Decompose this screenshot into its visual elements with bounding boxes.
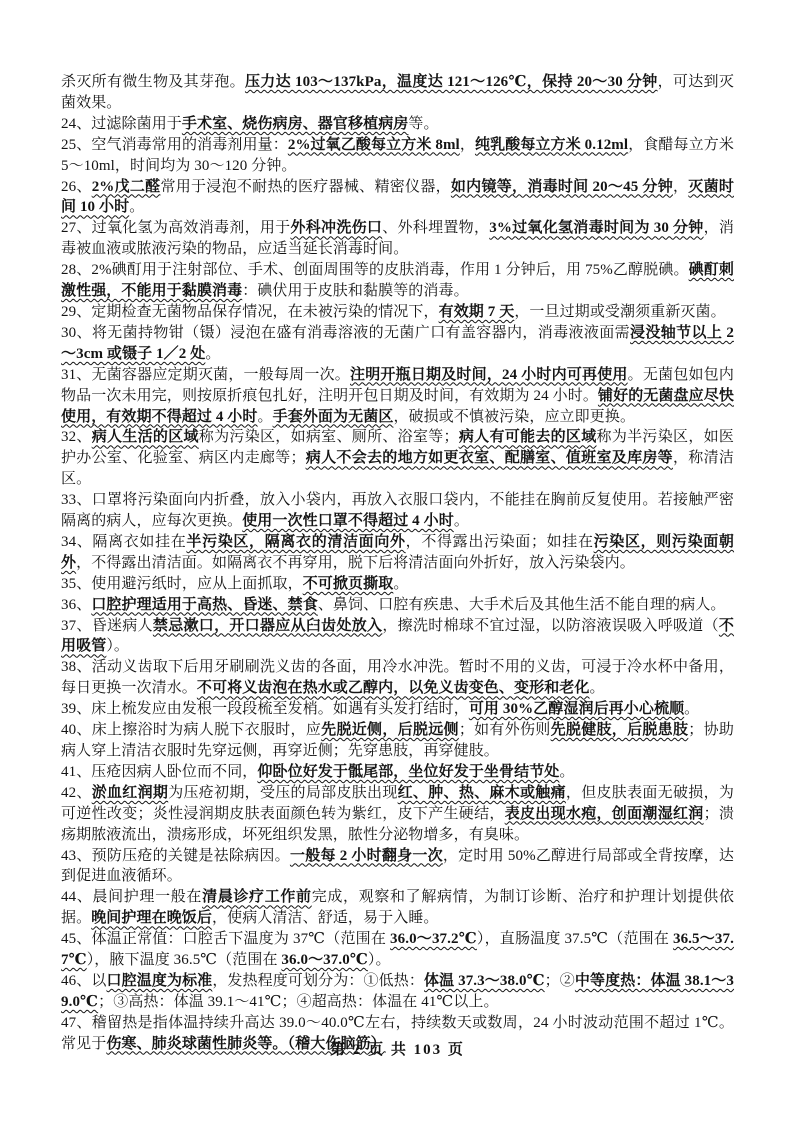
body-text: ，不得露出清洁面。如隔离衣不再穿用，脱下后将清洁面向外折好，放入污染袋内。: [76, 555, 635, 571]
study-note-item: 28、2%碘酊用于注射部位、手术、创面周围等的皮肤消毒，作用 1 分钟后，用 7…: [61, 260, 734, 302]
body-text: 。: [590, 680, 605, 696]
emphasized-text: 一般每 2 小时翻身一次: [290, 848, 443, 864]
body-text: ；③高热：体温 39.1～41℃；④超高热：体温在 41℃以上。: [98, 994, 499, 1010]
study-note-item: 44、晨间护理一般在清晨诊疗工作前完成，观察和了解病情，为制订诊断、治疗和护理计…: [61, 887, 734, 929]
study-note-item: 26、2%戊二醛常用于浸泡不耐热的医疗器械、精密仪器，如内镜等，消毒时间 20～…: [61, 177, 734, 219]
body-text: 。: [393, 576, 408, 592]
body-text: 。: [454, 513, 469, 529]
body-text: 、鼻饲、口腔有疾患、大手术后及其他生活不能自理的病人。: [318, 597, 726, 613]
body-text: 32、: [61, 429, 92, 445]
study-note-item: 43、预防压疮的关键是祛除病因。一般每 2 小时翻身一次，定时用 50%乙醇进行…: [61, 846, 734, 888]
body-text: ，发热程度可划分为：①低热：: [212, 973, 424, 989]
body-text: 等。: [408, 116, 438, 132]
body-text: 45、体温正常值：口腔舌下温度为 37℃（范围在: [61, 931, 390, 947]
emphasized-text: 半污染区，隔离衣的清洁面向外: [186, 534, 405, 550]
emphasized-text: 病人生活的区域: [92, 429, 199, 445]
body-text: ，: [673, 179, 688, 195]
emphasized-text: 清晨诊疗工作前: [202, 889, 312, 905]
body-text: 为压疮初期，受压的局部皮肤出现: [168, 785, 397, 801]
body-text: ）。: [106, 638, 129, 654]
body-text: 、外科埋置物，: [382, 220, 489, 236]
body-text: 。: [559, 764, 574, 780]
study-note-item: 29、定期检查无菌物品保存情况，在未被污染的情况下，有效期 7 天，一旦过期或受…: [61, 302, 734, 323]
body-text: 杀灭所有微生物及其芽孢。: [61, 74, 245, 90]
body-text: 26、: [61, 179, 92, 195]
emphasized-text: 先脱健肢，后脱患肢: [551, 722, 689, 738]
body-text: 24、过滤除菌用于: [61, 116, 182, 132]
body-text: 35、使用避污纸时，应从上面抓取，: [61, 576, 303, 592]
study-note-item: 40、床上擦浴时为病人脱下衣服时，应先脱近侧，后脱远侧；如有外伤则先脱健肢，后脱…: [61, 720, 734, 762]
body-text: 37、昏迷病人: [61, 618, 153, 634]
body-text: ），腋下温度 36.5℃（范围在: [87, 952, 282, 968]
body-text: 28、2%碘酊用于注射部位、手术、创面周围等的皮肤消毒，作用 1 分钟后，用 7…: [61, 262, 689, 278]
study-note-item: 杀灭所有微生物及其芽孢。压力达 103～137kPa，温度达 121～126℃，…: [61, 72, 734, 114]
emphasized-text: 36.0～37.2℃: [390, 931, 477, 947]
emphasized-text: 手套外面为无菌区: [273, 409, 394, 425]
emphasized-text: 仰卧位好发于骶尾部，坐位好发于坐骨结节处: [257, 764, 559, 780]
emphasized-text: 病人不会去的地方如更衣室、配膳室、值班室及库房等: [306, 450, 673, 466]
emphasized-text: 手术室、烧伤病房、器官移植病房: [182, 116, 409, 132]
body-text: 25、空气消毒常用的消毒剂用量：: [61, 137, 288, 153]
emphasized-text: 先脱近侧，后脱远侧: [321, 722, 459, 738]
emphasized-text: 不可掀页撕取: [303, 576, 394, 592]
study-note-item: 27、过氧化氢为高效消毒剂，用于外科冲洗伤口、外科埋置物，3%过氧化氢消毒时间为…: [61, 218, 734, 260]
study-note-item: 32、病人生活的区域称为污染区，如病室、厕所、浴室等；病人有可能去的区域称为半污…: [61, 427, 734, 490]
emphasized-text: 使用一次性口罩不得超过 4 小时: [242, 513, 454, 529]
emphasized-text: 口腔护理适用于高热、昏迷、禁食: [91, 597, 318, 613]
body-text: ，擦洗时棉球不宜过湿，以防溶液误吸入呼吸道（: [382, 618, 719, 634]
emphasized-text: 病人有可能去的区域: [459, 429, 597, 445]
body-text: 。: [258, 409, 273, 425]
body-text: 40、床上擦浴时为病人脱下衣服时，应: [61, 722, 321, 738]
body-text: 46、以: [61, 973, 106, 989]
emphasized-text: 2%戊二醛: [92, 179, 161, 195]
emphasized-text: 淤血红润期: [92, 785, 168, 801]
body-text: ；如有外伤则: [459, 722, 551, 738]
body-text: ，不得露出污染面；如挂在: [406, 534, 594, 550]
body-text: 。: [129, 199, 144, 215]
page-footer: 第 2 页 共 103 页: [61, 1038, 734, 1059]
emphasized-text: 注明开瓶日期及时间，24 小时内可再使用: [350, 367, 628, 383]
emphasized-text: 36.0～37.0℃: [281, 952, 367, 968]
body-text: 39、床上梳发应由发根一段段梳至发梢。如遇有头发打结时，: [61, 701, 469, 717]
body-text: 43、预防压疮的关键是祛除病因。: [61, 848, 290, 864]
body-text: 29、定期检查无菌物品保存情况，在未被污染的情况下，: [61, 304, 439, 320]
study-note-item: 25、空气消毒常用的消毒剂用量：2%过氧乙酸每立方米 8ml，纯乳酸每立方米 0…: [61, 135, 734, 177]
body-text: 34、隔离衣如挂在: [61, 534, 186, 550]
emphasized-text: 3%过氧化氢消毒时间为 30 分钟: [489, 220, 703, 236]
body-text: ，: [460, 137, 475, 153]
study-note-item: 39、床上梳发应由发根一段段梳至发梢。如遇有头发打结时，可用 30%乙醇湿润后再…: [61, 699, 734, 720]
body-text: 。: [205, 346, 220, 362]
body-text: 31、无菌容器应定期灭菌，一般每周一次。: [61, 367, 350, 383]
study-note-item: 37、昏迷病人禁忌漱口，开口器应从臼齿处放入，擦洗时棉球不宜过湿，以防溶液误吸入…: [61, 616, 734, 658]
emphasized-text: 如内镜等，消毒时间 20～45 分钟: [451, 179, 673, 195]
emphasized-text: 红、肿、热、麻木或触痛: [398, 785, 566, 801]
emphasized-text: 禁忌漱口，开口器应从臼齿处放入: [153, 618, 382, 634]
emphasized-text: 表皮出现水疱，创面潮湿红润: [505, 806, 704, 822]
body-text: 44、晨间护理一般在: [61, 889, 202, 905]
study-note-item: 35、使用避污纸时，应从上面抓取，不可掀页撕取。: [61, 574, 734, 595]
body-text: 称为污染区，如病室、厕所、浴室等；: [199, 429, 459, 445]
body-text: ，破损或不慎被污染，应立即更换。: [393, 409, 635, 425]
study-note-item: 45、体温正常值：口腔舌下温度为 37℃（范围在 36.0～37.2℃），直肠温…: [61, 929, 734, 971]
body-text: ：碘伏用于皮肤和黏膜等的消毒。: [242, 283, 469, 299]
study-note-item: 38、活动义齿取下后用牙刷刷洗义齿的各面，用冷水冲洗。暂时不用的义齿，可浸于冷水…: [61, 657, 734, 699]
body-text: ，使病人清洁、舒适，易于入睡。: [212, 910, 439, 926]
body-text: 36、: [61, 597, 91, 613]
emphasized-text: 2%过氧乙酸每立方米 8ml: [288, 137, 460, 153]
emphasized-text: 可用 30%乙醇湿润后再小心梳顺: [469, 701, 684, 717]
emphasized-text: 口腔温度为标准: [106, 973, 212, 989]
body-text: 。: [684, 701, 699, 717]
document-page: 杀灭所有微生物及其芽孢。压力达 103～137kPa，温度达 121～126℃，…: [0, 0, 793, 1122]
study-note-item: 33、口罩将污染面向内折叠，放入小袋内，再放入衣服口袋内，不能挂在胸前反复使用。…: [61, 490, 734, 532]
study-note-item: 34、隔离衣如挂在半污染区，隔离衣的清洁面向外，不得露出污染面；如挂在污染区，则…: [61, 532, 734, 574]
body-text: ），直肠温度 37.5℃（范围在: [477, 931, 673, 947]
body-text: 41、压疮因病人卧位而不同，: [61, 764, 257, 780]
study-note-item: 30、将无菌持物钳（镊）浸泡在盛有消毒溶液的无菌广口有盖容器内，消毒液液面需浸没…: [61, 323, 734, 365]
body-text: 42、: [61, 785, 92, 801]
body-text: ，一旦过期或受潮须重新灭菌。: [514, 304, 725, 320]
study-note-item: 24、过滤除菌用于手术室、烧伤病房、器官移植病房等。: [61, 114, 734, 135]
emphasized-text: 外科冲洗伤口: [290, 220, 382, 236]
study-note-item: 36、口腔护理适用于高热、昏迷、禁食、鼻饲、口腔有疾患、大手术后及其他生活不能自…: [61, 595, 734, 616]
body-text: ；②: [545, 973, 575, 989]
emphasized-text: 晚间护理在晚饭后: [91, 910, 212, 926]
body-text: ）。: [368, 952, 391, 968]
body-text: 27、过氧化氢为高效消毒剂，用于: [61, 220, 290, 236]
study-note-item: 41、压疮因病人卧位而不同，仰卧位好发于骶尾部，坐位好发于坐骨结节处。: [61, 762, 734, 783]
document-body: 杀灭所有微生物及其芽孢。压力达 103～137kPa，温度达 121～126℃，…: [61, 72, 734, 1055]
study-note-item: 46、以口腔温度为标准，发热程度可划分为：①低热：体温 37.3～38.0℃；②…: [61, 971, 734, 1013]
emphasized-text: 有效期 7 天: [439, 304, 515, 320]
body-text: 常用于浸泡不耐热的医疗器械、精密仪器，: [160, 179, 450, 195]
body-text: 30、将无菌持物钳（镊）浸泡在盛有消毒溶液的无菌广口有盖容器内，消毒液液面需: [61, 325, 630, 341]
emphasized-text: 压力达 103～137kPa，温度达 121～126℃，保持 20～30 分钟: [245, 74, 658, 90]
emphasized-text: 纯乳酸每立方米 0.12ml: [475, 137, 628, 153]
study-note-item: 42、淤血红润期为压疮初期，受压的局部皮肤出现红、肿、热、麻木或触痛，但皮肤表面…: [61, 783, 734, 846]
emphasized-text: 不可将义齿泡在热水或乙醇内，以免义齿变色、变形和老化: [197, 680, 590, 696]
emphasized-text: 体温 37.3～38.0℃: [424, 973, 545, 989]
study-note-item: 31、无菌容器应定期灭菌，一般每周一次。注明开瓶日期及时间，24 小时内可再使用…: [61, 365, 734, 428]
